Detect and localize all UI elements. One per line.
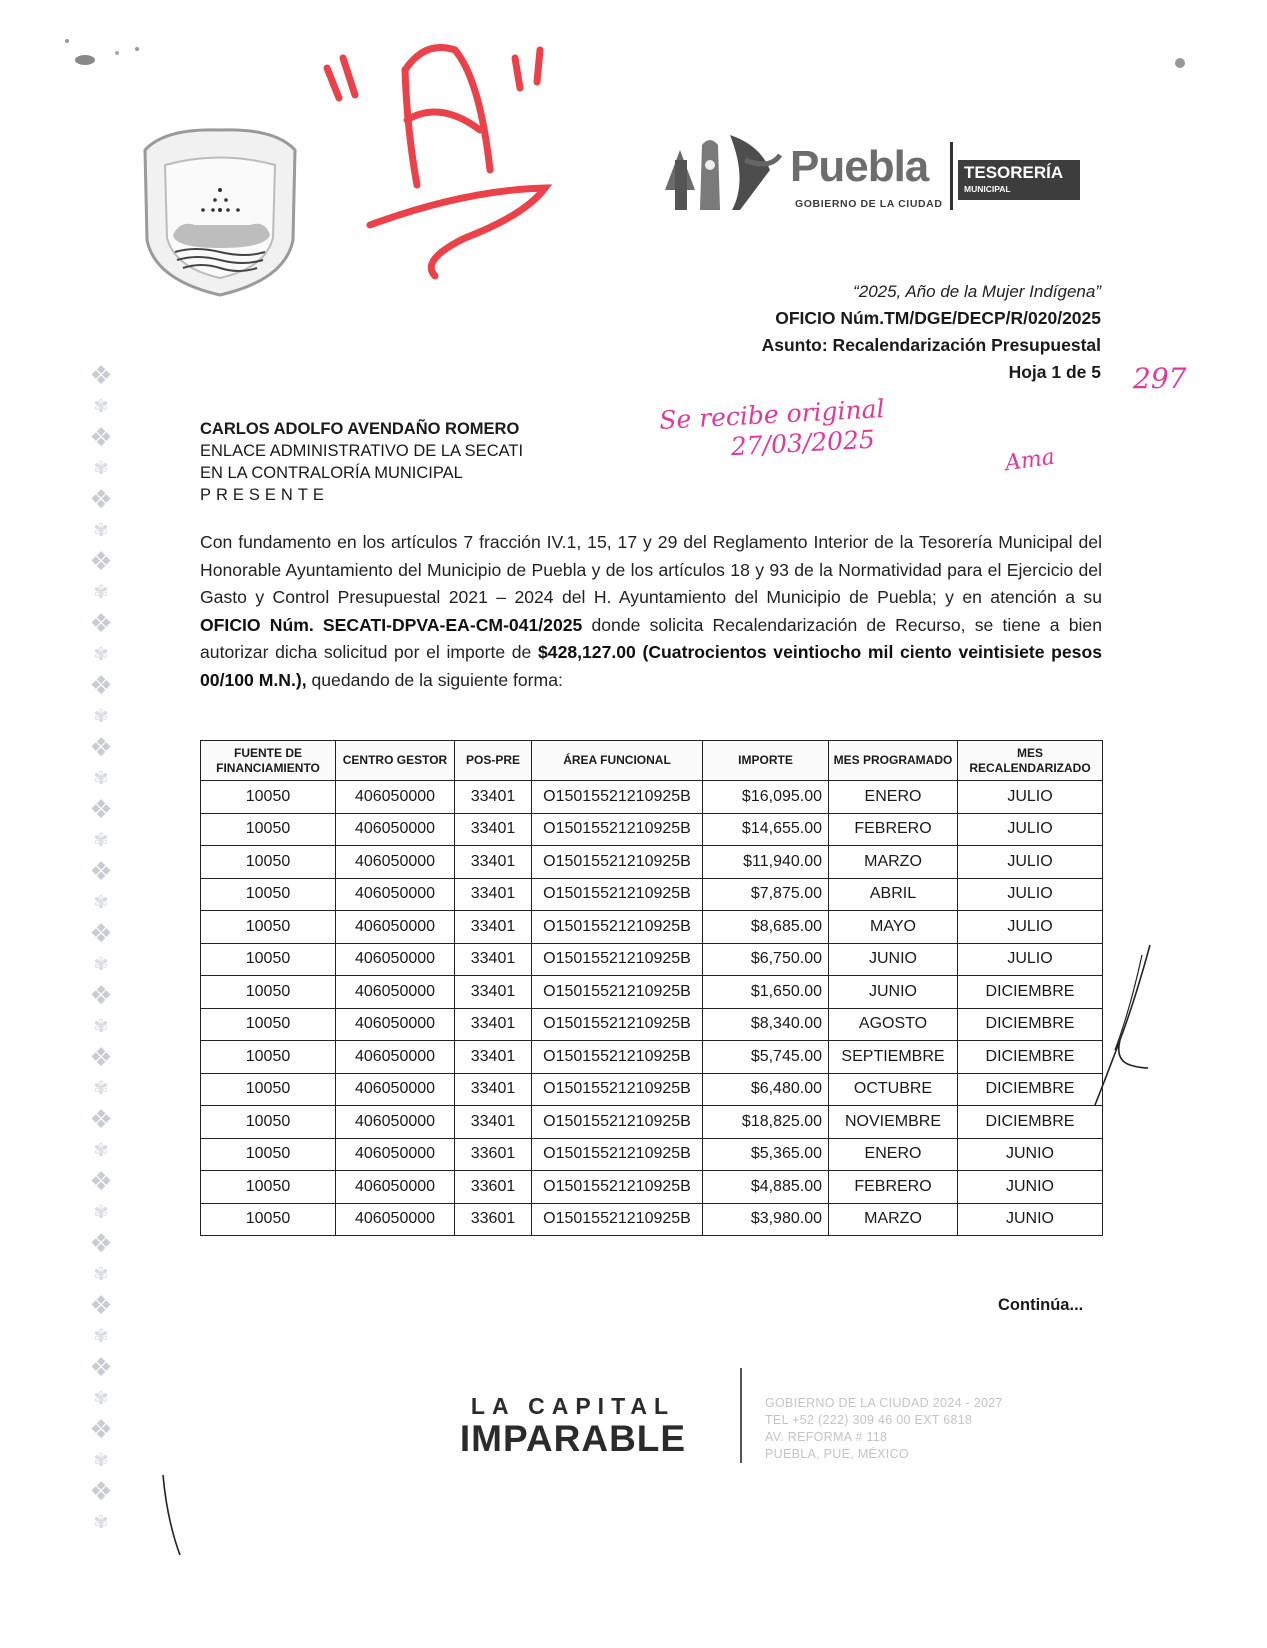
amount-cell: $6,750.00 bbox=[703, 943, 829, 976]
cost-center-cell: 406050000 bbox=[336, 781, 455, 814]
amount-cell: $3,980.00 bbox=[703, 1203, 829, 1236]
page-indicator: Hoja 1 de 5 bbox=[501, 359, 1101, 386]
scheduled-month-cell: ENERO bbox=[829, 781, 958, 814]
footer-address: GOBIERNO DE LA CIUDAD 2024 - 2027 TEL +5… bbox=[765, 1395, 1003, 1463]
cost-center-cell: 406050000 bbox=[336, 1073, 455, 1106]
table-row: 1005040605000033401O15015521210925B$5,74… bbox=[201, 1041, 1103, 1074]
decorative-side-border: ❖✾❖✾❖✾❖✾ ❖✾❖✾❖✾❖✾ ❖✾❖✾❖✾❖✾ ❖✾❖✾❖✾❖✾ ❖✾❖✾… bbox=[78, 360, 124, 1540]
cost-center-cell: 406050000 bbox=[336, 813, 455, 846]
funding-source-cell: 10050 bbox=[201, 878, 336, 911]
funding-source-cell: 10050 bbox=[201, 943, 336, 976]
addressee-office: EN LA CONTRALORÍA MUNICIPAL bbox=[200, 462, 523, 484]
funding-source-cell: 10050 bbox=[201, 1106, 336, 1139]
rescheduled-month-cell: JULIO bbox=[958, 813, 1103, 846]
amount-cell: $7,875.00 bbox=[703, 878, 829, 911]
continues-label: Continúa... bbox=[998, 1296, 1083, 1315]
cost-center-cell: 406050000 bbox=[336, 878, 455, 911]
footer-line: GOBIERNO DE LA CIUDAD 2024 - 2027 bbox=[765, 1395, 1003, 1412]
margin-pen-stroke bbox=[155, 1470, 195, 1560]
document-header: “2025, Año de la Mujer Indígena” OFICIO … bbox=[501, 278, 1101, 386]
table-row: 1005040605000033401O15015521210925B$8,68… bbox=[201, 911, 1103, 944]
footer-phone: TEL +52 (222) 309 46 00 EXT 6818 bbox=[765, 1412, 1003, 1429]
department-name: TESORERÍA bbox=[964, 163, 1063, 183]
tesoreria-badge: TESORERÍA MUNICIPAL bbox=[958, 160, 1080, 200]
pos-pre-cell: 33401 bbox=[455, 781, 532, 814]
addressee-presente: PRESENTE bbox=[200, 484, 523, 506]
table-body: 1005040605000033401O15015521210925B$16,0… bbox=[201, 781, 1103, 1236]
table-row: 1005040605000033401O15015521210925B$1,65… bbox=[201, 976, 1103, 1009]
rescheduled-month-cell: JUNIO bbox=[958, 1203, 1103, 1236]
amount-cell: $8,685.00 bbox=[703, 911, 829, 944]
scheduled-month-cell: ENERO bbox=[829, 1138, 958, 1171]
table-row: 1005040605000033401O15015521210925B$8,34… bbox=[201, 1008, 1103, 1041]
la-capital-imparable-logo: LA CAPITAL IMPARABLE bbox=[428, 1393, 718, 1473]
column-header: ÁREA FUNCIONAL bbox=[532, 741, 703, 781]
coat-of-arms-icon bbox=[135, 120, 305, 300]
cost-center-cell: 406050000 bbox=[336, 976, 455, 1009]
rescheduled-month-cell: JULIO bbox=[958, 911, 1103, 944]
functional-area-cell: O15015521210925B bbox=[532, 943, 703, 976]
funding-source-cell: 10050 bbox=[201, 1138, 336, 1171]
cost-center-cell: 406050000 bbox=[336, 1138, 455, 1171]
table-row: 1005040605000033601O15015521210925B$4,88… bbox=[201, 1171, 1103, 1204]
city-subtitle: GOBIERNO DE LA CIUDAD bbox=[795, 198, 943, 210]
column-header: IMPORTE bbox=[703, 741, 829, 781]
pos-pre-cell: 33401 bbox=[455, 911, 532, 944]
subject-line: Asunto: Recalendarización Presupuestal bbox=[501, 332, 1101, 359]
functional-area-cell: O15015521210925B bbox=[532, 781, 703, 814]
scheduled-month-cell: OCTUBRE bbox=[829, 1073, 958, 1106]
amount-cell: $4,885.00 bbox=[703, 1171, 829, 1204]
handwritten-initials: Ama bbox=[1004, 445, 1057, 477]
functional-area-cell: O15015521210925B bbox=[532, 1203, 703, 1236]
amount-cell: $8,340.00 bbox=[703, 1008, 829, 1041]
logo-divider bbox=[950, 142, 953, 210]
rescheduled-month-cell: JULIO bbox=[958, 781, 1103, 814]
scheduled-month-cell: ABRIL bbox=[829, 878, 958, 911]
rescheduled-month-cell: JUNIO bbox=[958, 1138, 1103, 1171]
pos-pre-cell: 33401 bbox=[455, 1106, 532, 1139]
functional-area-cell: O15015521210925B bbox=[532, 846, 703, 879]
scheduled-month-cell: JUNIO bbox=[829, 976, 958, 1009]
handwritten-page-stamp: 297 bbox=[1133, 362, 1186, 395]
cost-center-cell: 406050000 bbox=[336, 1203, 455, 1236]
pos-pre-cell: 33401 bbox=[455, 943, 532, 976]
cost-center-cell: 406050000 bbox=[336, 911, 455, 944]
amount-cell: $1,650.00 bbox=[703, 976, 829, 1009]
amount-cell: $16,095.00 bbox=[703, 781, 829, 814]
rescheduled-month-cell: JULIO bbox=[958, 878, 1103, 911]
pos-pre-cell: 33601 bbox=[455, 1138, 532, 1171]
body-paragraph: Con fundamento en los artículos 7 fracci… bbox=[200, 529, 1102, 694]
pos-pre-cell: 33401 bbox=[455, 1008, 532, 1041]
cost-center-cell: 406050000 bbox=[336, 1041, 455, 1074]
recalendarization-table: FUENTE DE FINANCIAMIENTOCENTRO GESTORPOS… bbox=[200, 740, 1103, 1236]
footer-city: PUEBLA, PUE, MÉXICO bbox=[765, 1446, 1003, 1463]
amount-cell: $14,655.00 bbox=[703, 813, 829, 846]
column-header: CENTRO GESTOR bbox=[336, 741, 455, 781]
red-marker-annotation bbox=[315, 40, 565, 280]
column-header: MES RECALENDARIZADO bbox=[958, 741, 1103, 781]
slogan-bottom: IMPARABLE bbox=[428, 1420, 718, 1458]
funding-source-cell: 10050 bbox=[201, 1008, 336, 1041]
amount-cell: $11,940.00 bbox=[703, 846, 829, 879]
city-emblem-icon bbox=[660, 130, 785, 215]
signature-stroke bbox=[1080, 940, 1160, 1120]
functional-area-cell: O15015521210925B bbox=[532, 878, 703, 911]
table-row: 1005040605000033401O15015521210925B$11,9… bbox=[201, 846, 1103, 879]
table-row: 1005040605000033401O15015521210925B$6,48… bbox=[201, 1073, 1103, 1106]
pos-pre-cell: 33401 bbox=[455, 878, 532, 911]
column-header: FUENTE DE FINANCIAMIENTO bbox=[201, 741, 336, 781]
scheduled-month-cell: MAYO bbox=[829, 911, 958, 944]
funding-source-cell: 10050 bbox=[201, 1171, 336, 1204]
scheduled-month-cell: FEBRERO bbox=[829, 1171, 958, 1204]
functional-area-cell: O15015521210925B bbox=[532, 1138, 703, 1171]
functional-area-cell: O15015521210925B bbox=[532, 976, 703, 1009]
department-sub: MUNICIPAL bbox=[964, 184, 1011, 194]
scheduled-month-cell: NOVIEMBRE bbox=[829, 1106, 958, 1139]
slogan-top: LA CAPITAL bbox=[428, 1393, 718, 1420]
funding-source-cell: 10050 bbox=[201, 846, 336, 879]
table-row: 1005040605000033601O15015521210925B$3,98… bbox=[201, 1203, 1103, 1236]
cost-center-cell: 406050000 bbox=[336, 1171, 455, 1204]
body-text-3: quedando de la siguiente forma: bbox=[307, 670, 563, 690]
pos-pre-cell: 33401 bbox=[455, 976, 532, 1009]
functional-area-cell: O15015521210925B bbox=[532, 1008, 703, 1041]
pos-pre-cell: 33601 bbox=[455, 1171, 532, 1204]
addressee-block: CARLOS ADOLFO AVENDAÑO ROMERO ENLACE ADM… bbox=[200, 418, 523, 506]
puebla-letterhead-logo: Puebla GOBIERNO DE LA CIUDAD TESORERÍA M… bbox=[660, 130, 1080, 220]
funding-source-cell: 10050 bbox=[201, 781, 336, 814]
footer-divider bbox=[740, 1368, 742, 1463]
pos-pre-cell: 33401 bbox=[455, 846, 532, 879]
oficio-number: OFICIO Núm.TM/DGE/DECP/R/020/2025 bbox=[501, 305, 1101, 332]
funding-source-cell: 10050 bbox=[201, 1073, 336, 1106]
functional-area-cell: O15015521210925B bbox=[532, 813, 703, 846]
amount-cell: $5,745.00 bbox=[703, 1041, 829, 1074]
footer-street: AV. REFORMA # 118 bbox=[765, 1429, 1003, 1446]
scheduled-month-cell: SEPTIEMBRE bbox=[829, 1041, 958, 1074]
city-wordmark: Puebla bbox=[790, 142, 928, 192]
scheduled-month-cell: MARZO bbox=[829, 1203, 958, 1236]
rescheduled-month-cell: JUNIO bbox=[958, 1171, 1103, 1204]
functional-area-cell: O15015521210925B bbox=[532, 1041, 703, 1074]
table-row: 1005040605000033401O15015521210925B$16,0… bbox=[201, 781, 1103, 814]
amount-cell: $18,825.00 bbox=[703, 1106, 829, 1139]
cost-center-cell: 406050000 bbox=[336, 1008, 455, 1041]
amount-cell: $6,480.00 bbox=[703, 1073, 829, 1106]
funding-source-cell: 10050 bbox=[201, 1041, 336, 1074]
scheduled-month-cell: MARZO bbox=[829, 846, 958, 879]
rescheduled-month-cell: JULIO bbox=[958, 846, 1103, 879]
column-header: MES PROGRAMADO bbox=[829, 741, 958, 781]
addressee-name: CARLOS ADOLFO AVENDAÑO ROMERO bbox=[200, 418, 523, 440]
table-row: 1005040605000033401O15015521210925B$14,6… bbox=[201, 813, 1103, 846]
amount-cell: $5,365.00 bbox=[703, 1138, 829, 1171]
scan-dot bbox=[1175, 58, 1185, 68]
table-header-row: FUENTE DE FINANCIAMIENTOCENTRO GESTORPOS… bbox=[201, 741, 1103, 781]
table-row: 1005040605000033401O15015521210925B$7,87… bbox=[201, 878, 1103, 911]
body-text-1: Con fundamento en los artículos 7 fracci… bbox=[200, 532, 1102, 607]
table-row: 1005040605000033401O15015521210925B$18,8… bbox=[201, 1106, 1103, 1139]
column-header: POS-PRE bbox=[455, 741, 532, 781]
scheduled-month-cell: JUNIO bbox=[829, 943, 958, 976]
pos-pre-cell: 33401 bbox=[455, 1041, 532, 1074]
scan-specks bbox=[55, 35, 155, 75]
functional-area-cell: O15015521210925B bbox=[532, 1073, 703, 1106]
pos-pre-cell: 33401 bbox=[455, 813, 532, 846]
funding-source-cell: 10050 bbox=[201, 813, 336, 846]
funding-source-cell: 10050 bbox=[201, 911, 336, 944]
funding-source-cell: 10050 bbox=[201, 976, 336, 1009]
table-row: 1005040605000033601O15015521210925B$5,36… bbox=[201, 1138, 1103, 1171]
cost-center-cell: 406050000 bbox=[336, 943, 455, 976]
addressee-title: ENLACE ADMINISTRATIVO DE LA SECATI bbox=[200, 440, 523, 462]
functional-area-cell: O15015521210925B bbox=[532, 911, 703, 944]
handwritten-received-note: Se recibe original 27/03/2025 bbox=[659, 394, 887, 466]
functional-area-cell: O15015521210925B bbox=[532, 1171, 703, 1204]
scheduled-month-cell: AGOSTO bbox=[829, 1008, 958, 1041]
funding-source-cell: 10050 bbox=[201, 1203, 336, 1236]
functional-area-cell: O15015521210925B bbox=[532, 1106, 703, 1139]
referenced-oficio: OFICIO Núm. SECATI-DPVA-EA-CM-041/2025 bbox=[200, 615, 582, 635]
table-row: 1005040605000033401O15015521210925B$6,75… bbox=[201, 943, 1103, 976]
scheduled-month-cell: FEBRERO bbox=[829, 813, 958, 846]
pos-pre-cell: 33601 bbox=[455, 1203, 532, 1236]
pos-pre-cell: 33401 bbox=[455, 1073, 532, 1106]
cost-center-cell: 406050000 bbox=[336, 846, 455, 879]
year-motto: “2025, Año de la Mujer Indígena” bbox=[501, 278, 1101, 305]
cost-center-cell: 406050000 bbox=[336, 1106, 455, 1139]
